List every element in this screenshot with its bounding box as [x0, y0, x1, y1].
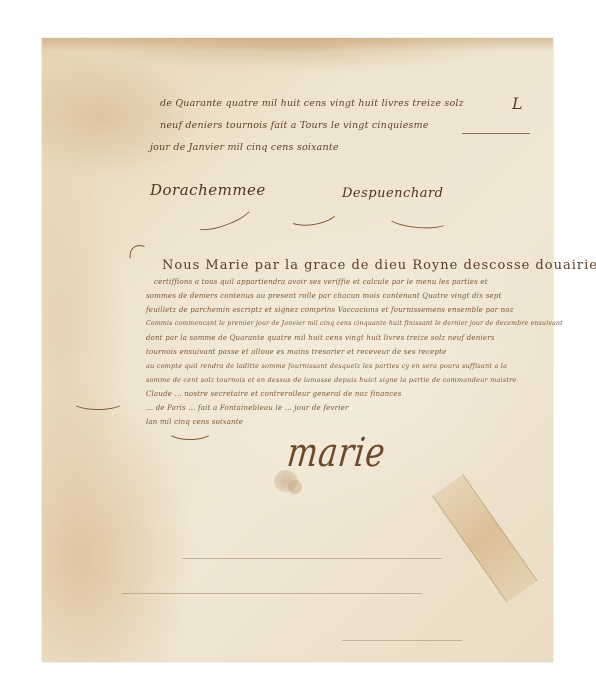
flourish [72, 394, 124, 410]
body-line: Claude ... nostre secretaire et contrero… [146, 390, 402, 398]
body-line: somme de cent solz tournois et en dessus… [146, 376, 517, 384]
tape-repair [432, 474, 538, 602]
body-line: tournois ensuivant passe et alloue es ma… [146, 348, 447, 356]
faint-show-through [342, 640, 462, 641]
body-line: ... de Paris ... fait a Fontainebleau le… [146, 404, 348, 412]
body-line: au compte quil rendra de laditte somme f… [146, 362, 507, 370]
body-line: sommes de deniers contenus au present ro… [146, 292, 502, 300]
body-line: certiffions a tous quil appartiendra avo… [154, 278, 488, 286]
manuscript-page: de Quarante quatre mil huit cens vingt h… [42, 38, 553, 662]
body-opening: Nous Marie par la grace de dieu Royne de… [162, 258, 596, 273]
flourish [285, 199, 340, 230]
body-line: feuilletz de parchemin escriptz et signe… [146, 306, 514, 314]
flourish [190, 196, 255, 236]
header-line-2: neuf deniers tournois fait a Tours le vi… [160, 120, 429, 131]
countersignature-left: Dorachemmee [150, 181, 266, 199]
countersignature-right: Despuenchard [342, 186, 444, 201]
header-line-3: jour de Janvier mil cinq cens soixante [150, 142, 339, 153]
header-line-1: de Quarante quatre mil huit cens vingt h… [160, 98, 464, 109]
seal-stain [288, 480, 302, 494]
water-stain [42, 38, 553, 52]
flourish [386, 207, 449, 230]
royal-signature: marie [285, 430, 388, 476]
marginal-mark: L [512, 94, 523, 113]
body-line: dont par la somme de Quarante quatre mil… [146, 334, 495, 342]
underline-flourish [462, 133, 530, 134]
flourish [167, 422, 213, 440]
faint-show-through [122, 593, 422, 594]
body-line: Commis commencant le premier jour de Jan… [146, 320, 563, 327]
faint-show-through [182, 558, 442, 559]
